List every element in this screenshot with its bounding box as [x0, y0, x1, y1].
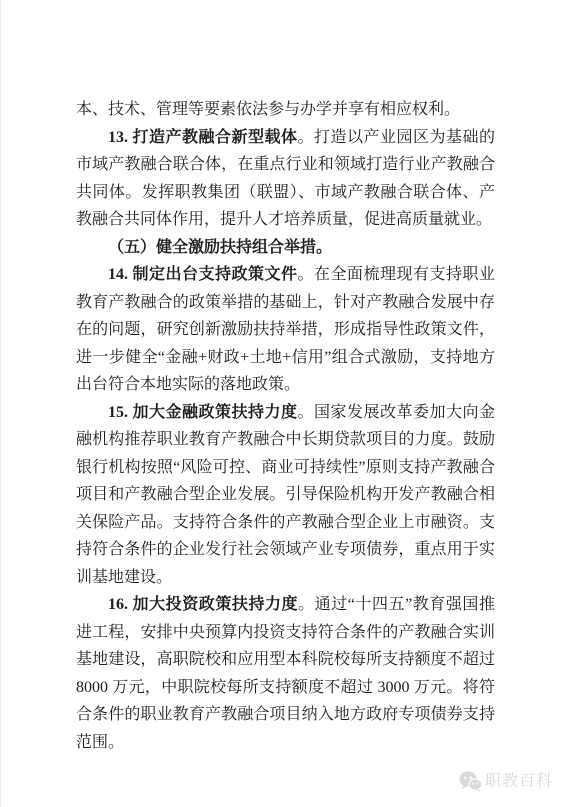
paragraph: 16. 加大投资政策扶持力度。通过“十四五”教育强国推进工程，安排中央预算内投资… — [76, 591, 495, 756]
paragraph: （五）健全激励扶持组合举措。 — [76, 234, 495, 262]
paragraph: 本、技术、管理等要素依法参与办学并享有相应权利。 — [76, 96, 495, 124]
watermark: 职教百科 — [459, 771, 553, 792]
clause-heading: 14. 制定出台支持政策文件 — [108, 266, 298, 283]
paragraph: 13. 打造产教融合新型载体。打造以产业园区为基础的市域产教融合联合体，在重点行… — [76, 124, 495, 234]
document-page: 本、技术、管理等要素依法参与办学并享有相应权利。13. 打造产教融合新型载体。打… — [0, 0, 570, 807]
body-text: 。通过“十四五”教育强国推进工程，安排中央预算内投资支持符合条件的产教融合实训基… — [76, 596, 495, 751]
paragraph: 15. 加大金融政策扶持力度。国家发展改革委加大向金融机构推荐职业教育产教融合中… — [76, 399, 495, 592]
body-text: 。国家发展改革委加大向金融机构推荐职业教育产教融合中长期贷款项目的力度。鼓励银行… — [76, 404, 495, 586]
clause-heading: 15. 加大金融政策扶持力度 — [108, 404, 298, 421]
clause-heading: 16. 加大投资政策扶持力度 — [108, 596, 298, 613]
paragraph: 14. 制定出台支持政策文件。在全面梳理现有支持职业教育产教融合的政策举措的基础… — [76, 261, 495, 399]
clause-heading: 13. 打造产教融合新型载体 — [108, 129, 298, 146]
document-body: 本、技术、管理等要素依法参与办学并享有相应权利。13. 打造产教融合新型载体。打… — [76, 96, 495, 756]
body-text: 本、技术、管理等要素依法参与办学并享有相应权利。 — [76, 101, 460, 118]
clause-heading: （五）健全激励扶持组合举措。 — [108, 239, 332, 256]
wechat-icon — [459, 771, 482, 792]
body-text: 。在全面梳理现有支持职业教育产教融合的政策举措的基础上，针对产教融合发展中存在的… — [76, 266, 495, 393]
watermark-label: 职教百科 — [485, 771, 553, 792]
